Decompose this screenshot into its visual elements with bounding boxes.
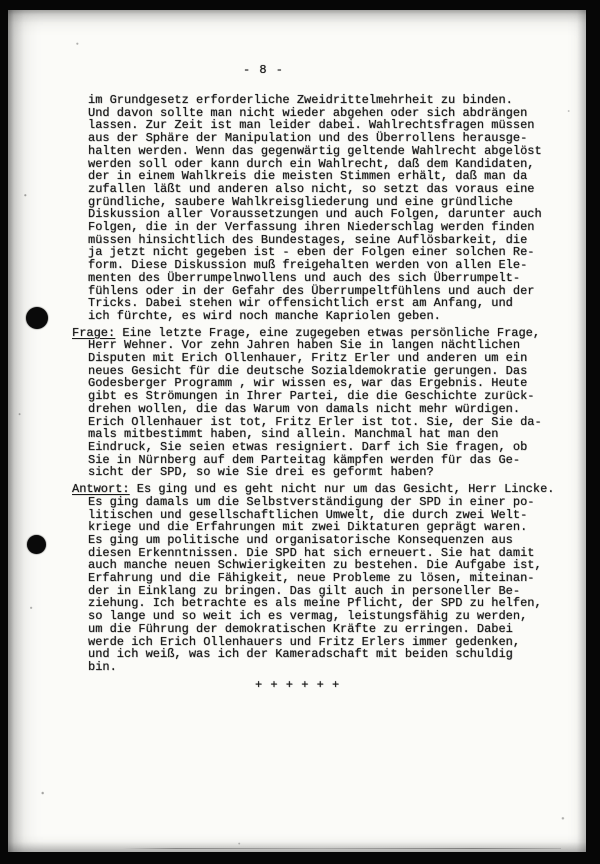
scanned-page: - 8 - im Grundgesetz erforderliche Zweid… bbox=[8, 10, 586, 852]
scan-artifact-line bbox=[123, 848, 561, 849]
page-number: - 8 - bbox=[243, 63, 284, 77]
paragraph-continuation: im Grundgesetz erforderliche Zweidrittel… bbox=[72, 94, 577, 323]
paragraph-text: Eine letzte Frage, eine zugegeben etwas … bbox=[88, 326, 542, 480]
hole-punch-bottom bbox=[27, 535, 46, 554]
paragraph-text: Es ging und es geht nicht nur um das Ges… bbox=[88, 482, 554, 674]
paragraph-antwort: Antwort: Es ging und es geht nicht nur u… bbox=[72, 483, 577, 674]
hole-punch-top bbox=[26, 307, 48, 329]
paragraph-text: im Grundgesetz erforderliche Zweidrittel… bbox=[88, 93, 542, 323]
end-mark: + + + + + + bbox=[255, 679, 577, 692]
page-text: im Grundgesetz erforderliche Zweidrittel… bbox=[72, 94, 577, 691]
paragraph-frage: Frage: Eine letzte Frage, eine zugegeben… bbox=[72, 327, 577, 479]
